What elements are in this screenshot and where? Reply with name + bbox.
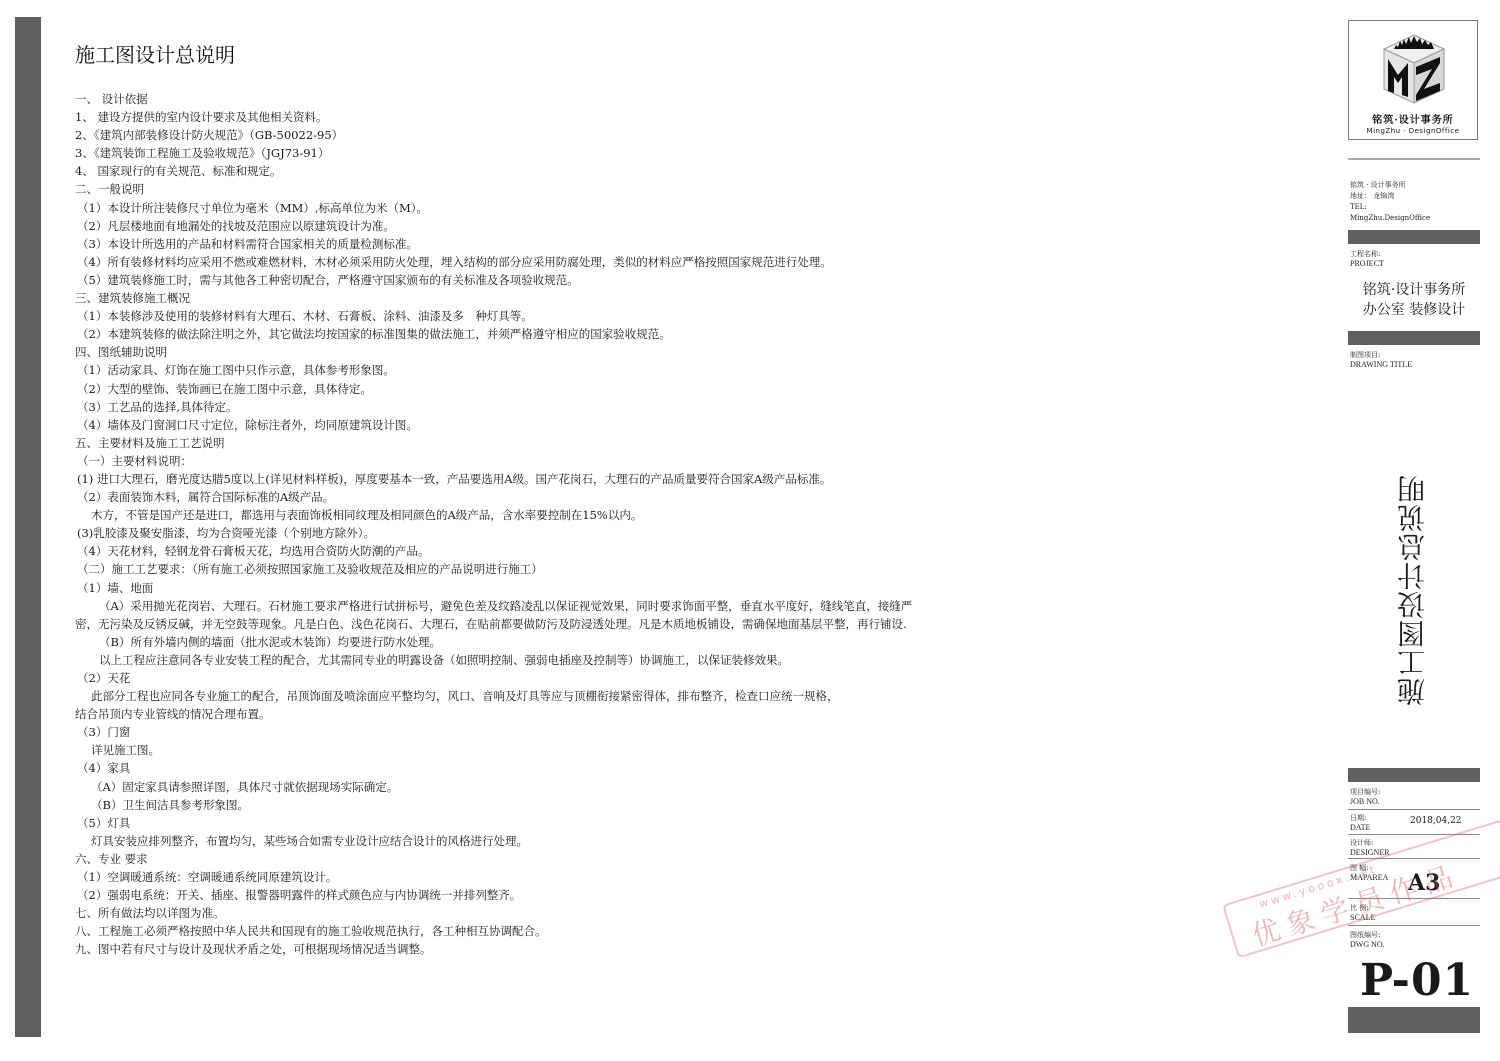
note-line: 四、图纸辅助说明 (75, 343, 995, 361)
note-line: （4）家具 (75, 759, 995, 777)
note-line: 八、工程施工必须严格按照中华人民共和国现有的施工验收规范执行，各工种相互协调配合… (75, 922, 995, 940)
note-line: （2）大型的壁饰、装饰画已在施工图中示意，具体待定。 (75, 380, 995, 398)
note-line: (1) 进口大理石，磨光度达腊5度以上(详见材料样板)，厚度要基本一致，产品要选… (75, 470, 995, 488)
note-line: （3）本设计所选用的产品和材料需符合国家相关的质量检测标准。 (75, 235, 995, 253)
note-line: 此部分工程也应同各专业施工的配合，吊顶饰面及喷涂面应平整均匀，风口、音响及灯具等… (75, 687, 995, 705)
note-line: 4、 国家现行的有关规范、标准和规定。 (75, 162, 995, 180)
note-line: （A）固定家具请参照详图，具体尺寸就依据现场实际确定。 (75, 778, 995, 796)
logo-box: 铭筑·设计事务所 MingZhu · DesignOffice (1348, 20, 1478, 140)
note-line: （A）采用抛光花岗岩、大理石。石材施工要求严格进行试拼标号，避免色差及纹路凌乱以… (75, 597, 995, 615)
section-bar (1348, 331, 1480, 345)
note-line: （2）本建筑装修的做法除注明之外，其它做法均按国家的标准图集的做法施工，并须严格… (75, 325, 995, 343)
note-line: （2）天花 (75, 669, 995, 687)
frame-left-bar (15, 17, 41, 1037)
note-line: 三、建筑装修施工概况 (75, 289, 995, 307)
note-line: （2）表面装饰木料，属符合国际标准的A级产品。 (75, 488, 995, 506)
note-line: （1）空调暖通系统：空调暖通系统同原建筑设计。 (75, 868, 995, 886)
office-tel: TEL: (1350, 202, 1367, 212)
note-line: 六、专业 要求 (75, 850, 995, 868)
document-body: 施工图设计总说明 一、 设计依据1、 建设方提供的室内设计要求及其他相关资料。2… (75, 40, 995, 959)
note-line: （二）施工工艺要求：（所有施工必须按照国家施工及验收规范及相应的产品说明进行施工… (75, 560, 995, 578)
divider (1348, 809, 1480, 810)
divider (1348, 158, 1480, 160)
note-line: （1）本设计所注装修尺寸单位为毫米（MM）,标高单位为米（M）。 (75, 199, 995, 217)
note-line: （5）建筑装修施工时，需与其他各工种密切配合，严格遵守国家颁布的有关标准及各项验… (75, 271, 995, 289)
office-address: 地址： 龙锦湾 (1350, 191, 1394, 201)
page-title: 施工图设计总说明 (75, 40, 995, 70)
date-label-cn: 日期: (1350, 813, 1366, 823)
note-line: （B）卫生间洁具参考形象图。 (75, 796, 995, 814)
note-line: 以上工程应注意同各专业安装工程的配合，尤其需同专业的明露设备（如照明控制、强弱电… (75, 651, 995, 669)
note-line: 1、 建设方提供的室内设计要求及其他相关资料。 (75, 108, 995, 126)
note-line: 九、图中若有尺寸与设计及现状矛盾之处，可根据现场情况适当调整。 (75, 940, 995, 958)
note-line: （2）凡层楼地面有地漏处的找坡及范围应以原建筑设计为准。 (75, 217, 995, 235)
note-line: （一）主要材料说明： (75, 452, 995, 470)
note-line: （3）门窗 (75, 723, 995, 741)
drawing-title-label-en: DRAWING TITLE (1350, 360, 1412, 370)
logo-en-text: MingZhu · DesignOffice (1349, 127, 1477, 135)
job-no-label-cn: 项目编号: (1350, 787, 1380, 797)
designer-label-cn: 设计师: (1350, 838, 1373, 848)
note-line: 七、所有做法均以详图为准。 (75, 904, 995, 922)
note-line: （4）墙体及门窗洞口尺寸定位，除标注者外，均同原建筑设计图。 (75, 416, 995, 434)
dwg-no-value: P-01 (1360, 955, 1474, 1006)
note-line: 灯具安装应排列整齐，布置均匀，某些场合如需专业设计应结合设计的风格进行处理。 (75, 832, 995, 850)
project-label-en: PROJECT (1350, 259, 1384, 269)
note-line: （1）活动家具、灯饰在施工图中只作示意，具体参考形象图。 (75, 361, 995, 379)
drawing-title-vertical: 施工图设计总说明 (1395, 455, 1431, 725)
notes-list: 一、 设计依据1、 建设方提供的室内设计要求及其他相关资料。2、《建筑内部装修设… (75, 90, 995, 959)
note-line: （4）所有装修材料均应采用不燃或难燃材料，木材必须采用防火处理，埋入结构的部分应… (75, 253, 995, 271)
date-value: 2018,04,22 (1410, 816, 1462, 826)
note-line: 2、《建筑内部装修设计防火规范》（GB-50022-95） (75, 126, 995, 144)
logo-cn-text: 铭筑·设计事务所 (1349, 111, 1477, 126)
dwg-no-label-en: DWG NO. (1350, 940, 1385, 950)
note-line: 五、主要材料及施工工艺说明 (75, 434, 995, 452)
office-web: MingZhu.DesignOffice (1350, 213, 1430, 223)
note-line: 一、 设计依据 (75, 90, 995, 108)
section-bar (1348, 1007, 1480, 1033)
divider (1348, 925, 1480, 926)
note-line: （2）强弱电系统：开关、插座、报警器明露件的样式颜色应与内协调统一并排列整齐。 (75, 886, 995, 904)
project-name: 铭筑·设计事务所 办公室 装修设计 (1348, 280, 1480, 320)
date-label-en: DATE (1350, 823, 1370, 833)
note-line: 木方，不管是国产还是进口，都选用与表面饰板相同纹理及相同颜色的A级产品，含水率要… (75, 506, 995, 524)
job-no-label-en: JOB NO. (1350, 797, 1380, 807)
note-line: （1）本装修涉及使用的装修材料有大理石、木材、石膏板、涂料、油漆及多 种灯具等。 (75, 307, 995, 325)
note-line: （5）灯具 (75, 814, 995, 832)
drawing-title-label-cn: 制图项目: (1350, 350, 1380, 360)
project-label-cn: 工程名称: (1350, 249, 1380, 259)
note-line: 密，无污染及反锈反碱，并无空鼓等现象。凡是白色、浅色花岗石、大理石，在贴前都要做… (75, 615, 995, 633)
office-name: 铭筑 · 设计事务所 (1350, 180, 1406, 190)
note-line: （B）所有外墙内侧的墙面（批水泥或木装饰）均要进行防水处理。 (75, 633, 995, 651)
note-line: 3、《建筑装饰工程施工及验收规范》（JGJ73-91） (75, 144, 995, 162)
note-line: 二、一般说明 (75, 180, 995, 198)
note-line: （4）天花材料，轻钢龙骨石膏板天花，均选用合资防火防潮的产品。 (75, 542, 995, 560)
dwg-no-label-cn: 图纸编号: (1350, 930, 1380, 940)
note-line: （1）墙、地面 (75, 579, 995, 597)
note-line: 结合吊顶内专业管线的情况合理布置。 (75, 705, 995, 723)
section-bar (1348, 230, 1480, 244)
project-name-line2: 办公室 装修设计 (1348, 300, 1480, 320)
note-line: （3）工艺品的选择,具体待定。 (75, 398, 995, 416)
note-line: (3)乳胶漆及聚安脂漆，均为合资哑光漆（个别地方除外）。 (75, 524, 995, 542)
section-bar (1348, 768, 1480, 782)
cube-skyline-logo-icon (1382, 33, 1446, 105)
project-name-line1: 铭筑·设计事务所 (1348, 280, 1480, 300)
note-line: 详见施工图。 (75, 741, 995, 759)
